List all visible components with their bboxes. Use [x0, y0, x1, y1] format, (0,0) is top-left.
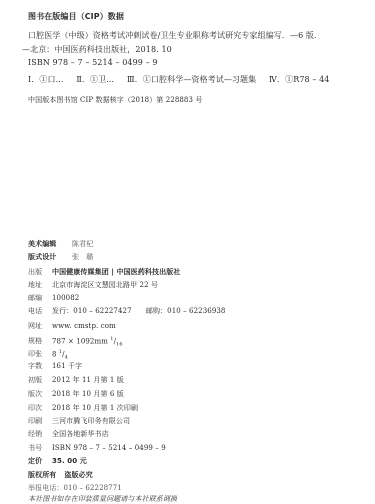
fraction-numerator: 1 — [59, 349, 62, 355]
imprint-postcode: 邮编100082 — [28, 293, 79, 303]
imprint-label: 字数 — [28, 361, 52, 371]
imprint-label: 规格 — [28, 336, 52, 346]
cip-title: 图书在版编目（CIP）数据 — [28, 12, 124, 22]
imprint-label: 网址 — [28, 321, 52, 331]
imprint-label: 初版 — [28, 375, 52, 385]
imprint-label: 印张 — [28, 349, 52, 359]
imprint-label: 地址 — [28, 280, 52, 290]
price-label: 定价 — [28, 456, 52, 466]
price: 定价35. 00 元 — [28, 456, 87, 466]
copyright-left: 版权所有 — [28, 471, 56, 479]
class-iii: Ⅲ．①口腔科学—资格考试—习题集 — [127, 75, 256, 84]
credit-label: 版式设计 — [28, 252, 72, 262]
imprint-label: 电话 — [28, 306, 52, 316]
fraction-denominator: 16 — [116, 342, 123, 348]
credit-layout-design: 版式设计张 璐 — [28, 252, 93, 262]
imprint-printer: 印刷三河市腾飞印务有限公司 — [28, 416, 130, 426]
fraction-numerator: 1 — [110, 336, 113, 342]
imprint-wordcount: 字数161 千字 — [28, 361, 82, 371]
imprint-label: 版次 — [28, 389, 52, 399]
imprint-value: 787 × 1092mm — [52, 337, 108, 345]
copyright: 版权所有盗版必究 — [28, 470, 93, 480]
imprint-label: 经销 — [28, 429, 52, 439]
imprint-value: 2018 年 10 月第 1 次印刷 — [52, 404, 138, 412]
cip-line-1: 口腔医学（中级）资格考试冲刺试卷/卫生专业职称考试研究专家组编写．—6 版． — [28, 31, 322, 41]
class-i: Ⅰ．①口… — [28, 75, 64, 84]
fraction-denominator: 4 — [65, 355, 68, 361]
imprint-value: 三河市腾飞印务有限公司 — [52, 417, 130, 425]
imprint-label: 印次 — [28, 403, 52, 413]
imprint-address: 地址北京市海淀区文慧园北路甲 22 号 — [28, 280, 158, 290]
imprint-value: 100082 — [52, 294, 79, 302]
imprint-value: www. cmstp. com — [52, 322, 116, 330]
imprint-edition: 版次2018 年 10 月第 6 版 — [28, 389, 124, 399]
imprint-value: 2018 年 10 月第 6 版 — [52, 390, 124, 398]
imprint-label: 书号 — [28, 443, 52, 453]
cip-isbn: ISBN 978 – 7 – 5214 – 0499 – 9 — [28, 58, 158, 68]
imprint-value: 全国各地新华书店 — [52, 430, 109, 438]
imprint-distributor: 经销全国各地新华书店 — [28, 429, 109, 439]
cip-classification: Ⅰ．①口… Ⅱ．①卫… Ⅲ．①口腔科学—资格考试—习题集 Ⅳ．①R78 – 44 — [28, 75, 329, 85]
cip-line-2: —北京：中国医药科技出版社，2018. 10 — [22, 45, 172, 55]
imprint-phone: 电话发行：010 – 62227427 邮购：010 – 62236938 — [28, 306, 225, 316]
imprint-value: 发行：010 – 62227427 邮购：010 – 62236938 — [52, 307, 225, 315]
quality-notice: 本社图书如存在印装质量问题请与本社联系调换 — [28, 494, 177, 504]
imprint-first-edition: 初版2012 年 11 月第 1 版 — [28, 375, 124, 385]
price-value: 35. 00 元 — [52, 457, 87, 465]
imprint-website: 网址www. cmstp. com — [28, 321, 116, 331]
imprint-label: 印刷 — [28, 416, 52, 426]
imprint-value: ISBN 978 – 7 – 5214 – 0499 – 9 — [52, 444, 166, 452]
class-ii: Ⅱ．①卫… — [76, 75, 114, 84]
imprint-value: 8 — [52, 350, 57, 358]
imprint-value: 2012 年 11 月第 1 版 — [52, 376, 124, 384]
imprint-label: 出版 — [28, 267, 52, 277]
imprint-value: 北京市海淀区文慧园北路甲 22 号 — [52, 281, 158, 289]
imprint-label: 邮编 — [28, 293, 52, 303]
credit-label: 美术编辑 — [28, 239, 72, 249]
class-iv: Ⅳ．①R78 – 44 — [269, 75, 330, 84]
copyright-right: 盗版必究 — [64, 471, 92, 479]
imprint-printing: 印次2018 年 10 月第 1 次印刷 — [28, 403, 138, 413]
credit-art-editor: 美术编辑陈君杞 — [28, 239, 93, 249]
imprint-book-number: 书号ISBN 978 – 7 – 5214 – 0499 – 9 — [28, 443, 166, 453]
imprint-value: 中国健康传媒集团 | 中国医药科技出版社 — [52, 268, 180, 276]
imprint-value: 161 千字 — [52, 362, 82, 370]
credit-value: 陈君杞 — [72, 240, 93, 248]
report-phone: 举报电话：010 – 62228771 — [28, 483, 122, 493]
imprint-publisher: 出版中国健康传媒集团 | 中国医药科技出版社 — [28, 267, 180, 277]
cip-number: 中国版本图书馆 CIP 数据核字（2018）第 228883 号 — [28, 95, 202, 105]
credit-value: 张 璐 — [72, 253, 93, 261]
